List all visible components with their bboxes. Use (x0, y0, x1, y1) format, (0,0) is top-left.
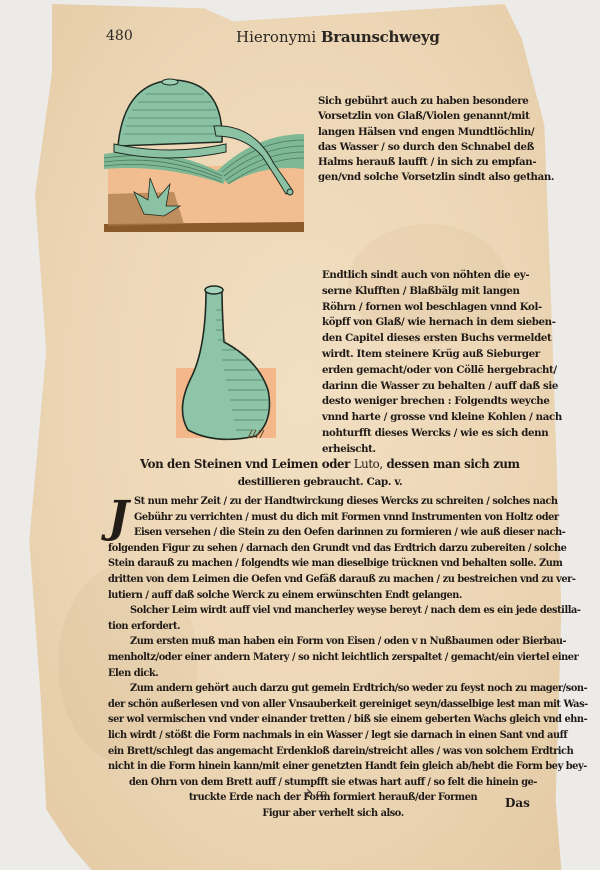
text-line: gen/vnd solche Vorsetzlin sindt also get… (318, 170, 554, 185)
running-title-gothic: Braunschweyg (321, 28, 440, 46)
text-line: nohturfft dieses Wercks / wie es sich de… (322, 426, 562, 442)
running-title: Hieronymi Braunschweyg (236, 28, 440, 46)
text-line: lich wirdt / stößt die Form nachmals in … (108, 728, 558, 744)
text-line: menholtz/oder einer andern Matery / so n… (108, 650, 558, 666)
text-line: Röhrn / fornen wol beschlagen vnnd Kol- (322, 300, 562, 316)
text-line: Solcher Leim wirdt auff viel vnd mancher… (108, 603, 558, 619)
text-line: lutiern / auff daß solche Werck zu einem… (108, 588, 558, 604)
ornament-fleuron: ꝺ ꝏ (306, 786, 327, 801)
chapter-body: St nun mehr Zeit / zu der Handtwirckung … (108, 494, 558, 821)
text-line: nicht in die Form hinein kann/mit einer … (108, 759, 558, 775)
text-line: folgenden Figur zu sehen / darnach den G… (108, 541, 558, 557)
text-line: den Capitel dieses ersten Buchs vermelde… (322, 331, 562, 347)
text-line: langen Hälsen vnd engen Mundtlöchlin/ (318, 125, 554, 140)
text-line: das Wasser / so durch den Schnabel deß (318, 140, 554, 155)
chapter-title-part: dessen man sich zum (386, 457, 519, 471)
text-line: Elen dick. (108, 666, 558, 682)
paragraph-klufften: Endtlich sindt auch von nöhten die ey- s… (322, 268, 562, 458)
text-line: Halms herauß laufft / in sich zu empfan- (318, 155, 554, 170)
catchword: Das (505, 796, 530, 810)
flask-illustration (176, 280, 306, 450)
paragraph-violen: Sich gebührt auch zu haben besondere Vor… (318, 94, 554, 186)
text-line: den Ohrn von dem Brett auff / stumpfft s… (108, 775, 558, 791)
text-line: St nun mehr Zeit / zu der Handtwirckung … (108, 494, 558, 510)
text-line: ser wol vermischen vnd vnder einander tr… (108, 712, 558, 728)
text-line: wirdt. Item steinere Krüg auß Sieburger (322, 347, 562, 363)
text-line: Gebühr zu verrichten / must du dich mit … (108, 510, 558, 526)
text-line: truckte Erde nach der Form formiert hera… (108, 790, 558, 806)
text-line: köpff von Glaß/ wie hernach in dem siebe… (322, 315, 562, 331)
text-line: vnnd harte / grosse vnd kleine Kohlen / … (322, 410, 562, 426)
text-line: Sich gebührt auch zu haben besondere (318, 94, 554, 109)
chapter-title-line-1: Von den Steinen vnd Leimen oder Luto, de… (140, 455, 500, 473)
text-line: darinn die Wasser zu behalten / auff daß… (322, 379, 562, 395)
chapter-title-part: Von den Steinen vnd Leimen oder (140, 457, 350, 471)
text-line: Vorsetzlin von Glaß/Violen genannt/mit (318, 109, 554, 124)
text-line: tion erfordert. (108, 619, 558, 635)
alembic-illustration (104, 74, 304, 234)
text-line: Figur aber verhelt sich also. (108, 806, 558, 822)
text-line: der schön außerlesen vnd von aller Vnsau… (108, 697, 558, 713)
text-line: ein Brett/schlegt das angemacht Erdenklo… (108, 744, 558, 760)
text-line: serne Klufften / Blaßbälg mit langen (322, 284, 562, 300)
chapter-heading: Von den Steinen vnd Leimen oder Luto, de… (140, 455, 500, 491)
text-line: dritten von dem Leimen die Oefen vnd Gef… (108, 572, 558, 588)
running-title-roman: Hieronymi (236, 28, 316, 46)
chapter-title-latin: Luto, (354, 457, 383, 471)
text-line: Endtlich sindt auch von nöhten die ey- (322, 268, 562, 284)
text-line: Eisen versehen / die Stein zu den Oefen … (108, 525, 558, 541)
page-header: 480 Hieronymi Braunschweyg (0, 28, 600, 48)
text-line: erden gemacht/oder von Cöllē hergebracht… (322, 363, 562, 379)
text-line: Zum andern gehört auch darzu gut gemein … (108, 681, 558, 697)
chapter-title-line-2: destillieren gebraucht. Cap. v. (140, 473, 500, 491)
text-line: Zum ersten muß man haben ein Form von Ei… (108, 634, 558, 650)
text-line: desto weniger brechen : Folgendts weyche (322, 394, 562, 410)
text-line: Stein darauß zu machen / folgendts wie m… (108, 556, 558, 572)
page-number: 480 (106, 28, 133, 44)
